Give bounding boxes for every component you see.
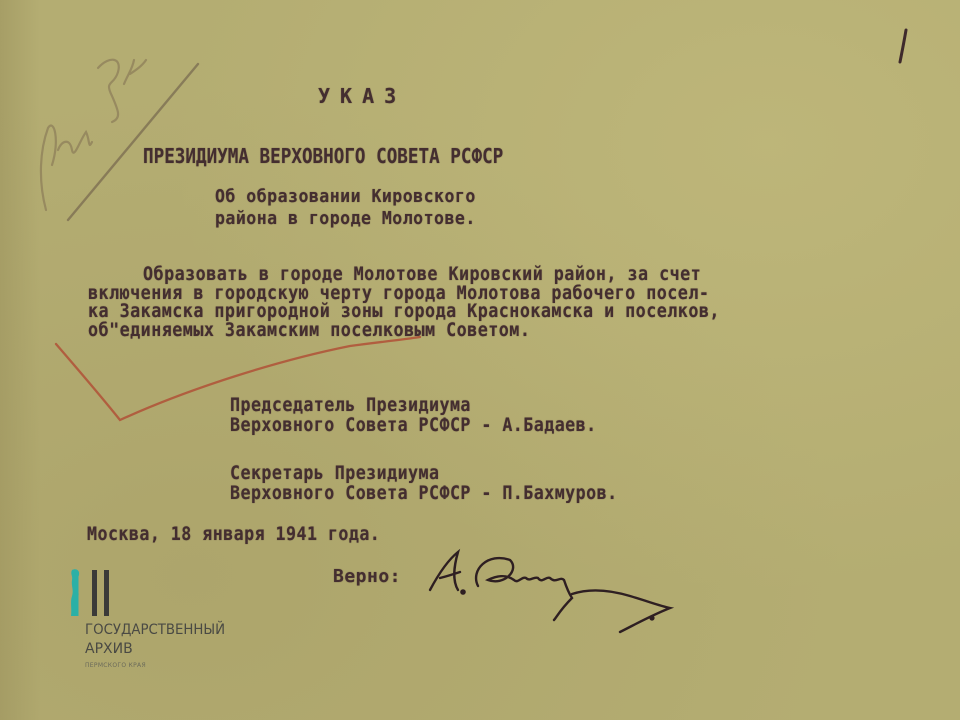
archive-logo-line3: ПЕРМСКОГО КРАЯ [85,662,146,669]
archive-logo-line1: ГОСУДАРСТВЕННЫЙ [85,622,225,638]
document-issuer: ПРЕЗИДИУМА ВЕРХОВНОГО СОВЕТА РСФСР [143,144,503,168]
body-line-4: об"единяемых Закамским поселковым Совето… [88,322,530,340]
page-number-mark [896,26,910,66]
chairman-name: Верховного Совета РСФСР - А.Бадаев. [230,415,597,436]
archive-logo-line2: АРХИВ [85,641,133,657]
archive-logo-icon [66,566,126,618]
archive-logo: ГОСУДАРСТВЕННЫЙ АРХИВ ПЕРМСКОГО КРАЯ [66,566,276,676]
certification-label: Верно: [333,566,401,587]
archive-mark-scribble [41,60,146,210]
subject-line-2: района в городе Молотове. [215,208,476,229]
secretary-title: Секретарь Президиума [230,463,439,484]
body-line-1: Образовать в городе Молотове Кировский р… [143,266,701,284]
signature [430,552,670,632]
place-and-date: Москва, 18 января 1941 года. [87,524,380,545]
secretary-name: Верховного Совета РСФСР - П.Бахмуров. [230,483,618,504]
document-title: УКАЗ [318,84,406,108]
diagonal-slash [68,64,198,220]
body-line-3: ка Закамска пригородной зоны города Крас… [88,303,720,321]
chairman-title: Председатель Президиума [230,395,471,416]
subject-line-1: Об образовании Кировского [215,186,476,207]
archival-document: УКАЗ ПРЕЗИДИУМА ВЕРХОВНОГО СОВЕТА РСФСР … [0,0,960,720]
